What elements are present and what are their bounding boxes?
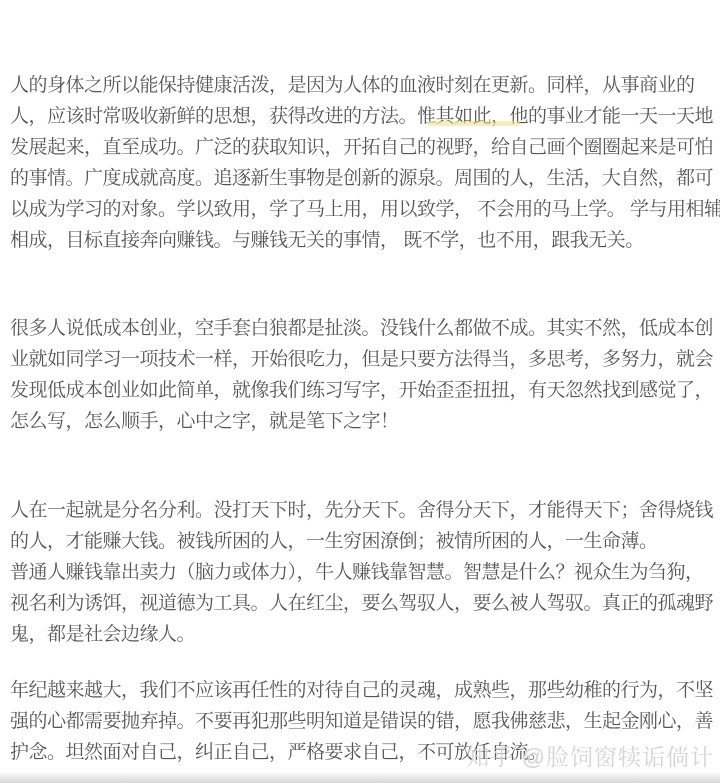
zhihu-watermark: 知乎 @脸饲窗犊诟倘计 — [466, 739, 714, 772]
text-line: 鬼，都是社会边缘人。 — [10, 619, 710, 650]
text-line: 发现低成本创业如此简单，就像我们练习写字，开始歪歪扭扭，有天忽然找到感觉了， — [10, 375, 710, 406]
text-line: 以成为学习的对象。学以致用，学了马上用，用以致学， 不会用的马上学。 学与用相辅 — [10, 194, 710, 225]
text-line: 人，应该时常吸收新鲜的思想，获得改进的方法。惟其如此，他的事业才能一天一天地 — [10, 101, 710, 132]
text-line: 普通人赚钱靠出卖力（脑力或体力），牛人赚钱靠智慧。智慧是什么？视众生为刍狗， — [10, 557, 710, 588]
text-line: 很多人说低成本创业，空手套白狼都是扯淡。没钱什么都做不成。其实不然，低成本创 — [10, 313, 710, 344]
text-line: 人在一起就是分名分利。没打天下时，先分天下。舍得分天下，才能得天下；舍得烧钱 — [10, 495, 710, 526]
text-line: 强的心都需要抛弃掉。不要再犯那些明知道是错误的错，愿我佛慈悲，生起金刚心，善 — [10, 706, 710, 737]
text-line: 年纪越来越大，我们不应该再任性的对待自己的灵魂，成熟些，那些幼稚的行为，不坚 — [10, 675, 710, 706]
text-line: 人的身体之所以能保持健康活泼，是因为人体的血液时刻在更新。同样，从事商业的 — [10, 70, 710, 101]
article-page: 人的身体之所以能保持健康活泼，是因为人体的血液时刻在更新。同样，从事商业的 人，… — [0, 0, 720, 783]
text-line: 视名利为诱饵，视道德为工具。人在红尘，要么驾驭人，要么被人驾驭。真正的孤魂野 — [10, 588, 710, 619]
paragraph: 人在一起就是分名分利。没打天下时，先分天下。舍得分天下，才能得天下；舍得烧钱 的… — [10, 495, 710, 650]
text-line: 的人，才能赚大钱。被钱所困的人，一生穷困潦倒；被情所困的人，一生命薄。 — [10, 526, 710, 557]
paragraph: 很多人说低成本创业，空手套白狼都是扯淡。没钱什么都做不成。其实不然，低成本创 业… — [10, 313, 710, 437]
text-line: 怎么写，怎么顺手，心中之字，就是笔下之字！ — [10, 406, 710, 437]
paragraph: 人的身体之所以能保持健康活泼，是因为人体的血液时刻在更新。同样，从事商业的 人，… — [10, 70, 710, 256]
bottom-edge-strip — [0, 773, 720, 783]
text-line: 发展起来，直至成功。广泛的获取知识，开拓自己的视野，给自己画个圈圈起来是可怕 — [10, 132, 710, 163]
text-line: 业就如同学习一项技术一样，开始很吃力，但是只要方法得当，多思考，多努力，就会 — [10, 344, 710, 375]
text-line: 相成，目标直接奔向赚钱。与赚钱无关的事情， 既不学，也不用，跟我无关。 — [10, 225, 710, 256]
text-line: 的事情。广度成就高度。追逐新生事物是创新的源泉。周围的人，生活，大自然，都可 — [10, 163, 710, 194]
